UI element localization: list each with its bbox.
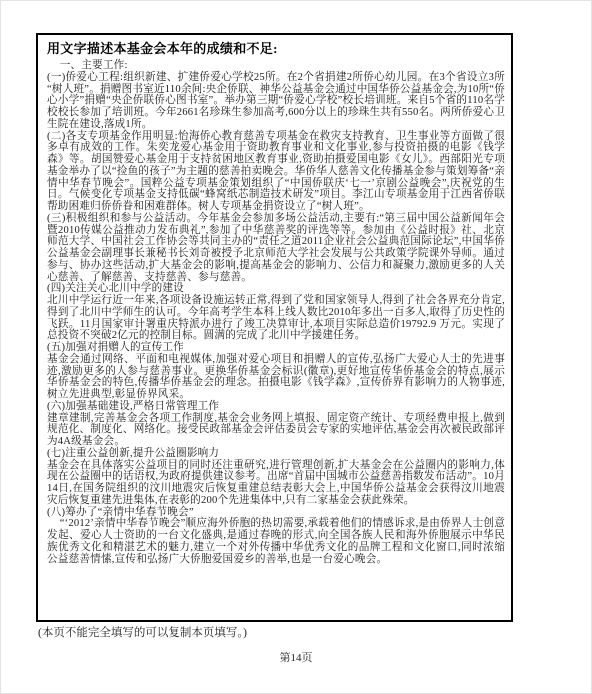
paragraph-item-3: (三)积极组织和参与公益活动。今年基金会参加多场公益活动,主要有:“第三届中国公… (47, 213, 505, 284)
paragraph-item-7-heading: (七)注重公益创新,提升公益圈影响力 (47, 448, 505, 460)
paragraph-item-7-body: 基金会在具体落实公益项目的同时还注重研究,进行管理创新,扩大基金会在公益圈内的影… (47, 460, 505, 507)
paragraph-item-1: (一)侨爱心工程:组织新建、扩建侨爱心学校25所。在2个省捐建2所侨心幼儿园。在… (47, 72, 505, 131)
footnote: (本页不能完全填写的可以复制本页填写。) (38, 626, 247, 640)
paragraph-item-5-body: 基金会通过网络、平面和电视媒体,加强对爱心项目和捐赠人的宣传,弘扬广大爱心人士的… (47, 354, 505, 401)
paragraph-item-6-body: 建章建制,完善基金会各项工作制度,基金会业务网上填报、固定资产统计、专项经费申报… (47, 413, 505, 448)
form-body-text: 一、主要工作: (一)侨爱心工程:组织新建、扩建侨爱心学校25所。在2个省捐建2… (47, 60, 505, 565)
paragraph-item-6-heading: (六)加强基础建设,严格日常管理工作 (47, 401, 505, 413)
paragraph-section-heading: 一、主要工作: (47, 60, 505, 72)
document-page: 用文字描述本基金会本年的成绩和不足: 一、主要工作: (一)侨爱心工程:组织新建… (0, 0, 592, 694)
paragraph-item-5-heading: (五)加强对捐赠人的宣传工作 (47, 342, 505, 354)
form-title: 用文字描述本基金会本年的成绩和不足: (47, 40, 505, 57)
paragraph-item-2: (二)各支专项基金作用明显:怡海侨心教育慈善专项基金在救灾支持教育、卫生事业等方… (47, 131, 505, 213)
paragraph-item-8-body: “‘2012’亲情中华春节晚会”顺应海外侨胞的热切需要,承载着他们的情感诉求,是… (47, 518, 505, 565)
form-box: 用文字描述本基金会本年的成绩和不足: 一、主要工作: (一)侨爱心工程:组织新建… (36, 33, 513, 622)
paragraph-item-4-heading: (四)关注关心北川中学的建设 (47, 283, 505, 295)
page-number: 第14页 (0, 649, 592, 665)
paragraph-item-8-heading: (八)筹办了“亲情中华春节晚会” (47, 507, 505, 519)
paragraph-item-4-body: 北川中学运行近一年来,各项设备设施运转正常,得到了党和国家领导人,得到了社会各界… (47, 295, 505, 342)
